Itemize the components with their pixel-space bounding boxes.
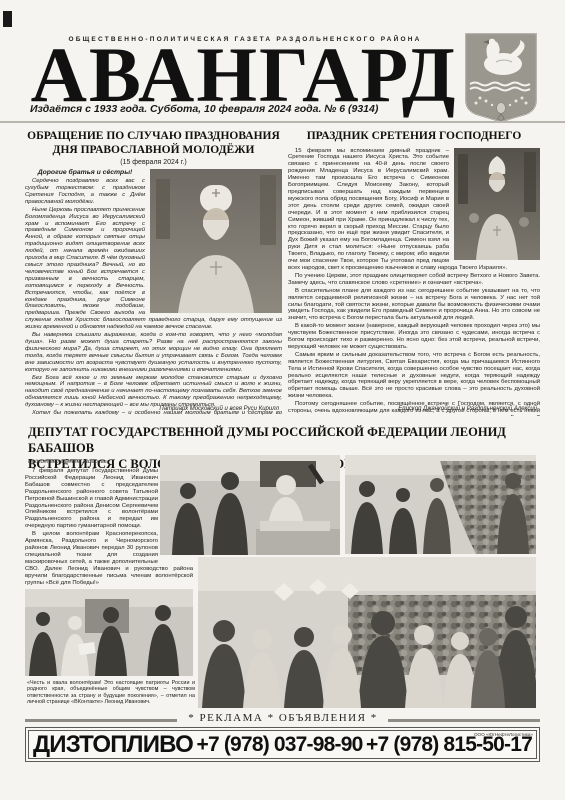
ads-band-rule-right [388, 719, 540, 722]
newspaper-page: ОБЩЕСТВЕННО-ПОЛИТИЧЕСКАЯ ГАЗЕТА РАЗДОЛЬН… [0, 0, 565, 800]
photo-caption: «Честь и хвала волонтёрам! Это настоящие… [27, 680, 195, 706]
article-patriarch-address: ОБРАЩЕНИЕ ПО СЛУЧАЮ ПРАЗДНОВАНИЯ ДНЯ ПРА… [25, 130, 282, 416]
photo-volunteers-table [160, 455, 340, 555]
photo-camo-net-workshop [345, 455, 536, 554]
print-mark [3, 11, 12, 27]
paragraph: Без Бога всё юное и по земным меркам мол… [25, 375, 282, 410]
issue-dateline: Издаётся с 1933 года. Суббота, 10 феврал… [30, 103, 378, 115]
paragraph: Вы наверняка слышали выражение, когда о … [25, 332, 282, 373]
paragraph: В спасительном плане для каждого из нас … [288, 288, 540, 323]
article-title: ПРАЗДНИК СРЕТЕНИЯ ГОСПОДНЕГО [288, 130, 540, 144]
ads-band-title: * РЕКЛАМА * ОБЪЯВЛЕНИЯ * [178, 712, 388, 724]
newspaper-title: АВАНГАРД [26, 40, 462, 110]
photo-group-volunteers [198, 557, 536, 708]
swan-emblem-icon [462, 32, 540, 122]
paragraph: Самым ярким и сильным доказательством то… [288, 352, 540, 400]
photo-award-letters [25, 589, 193, 676]
ads-band-rule-left [25, 719, 177, 722]
ad-product-name: ДИЗТОПЛИВО [33, 731, 193, 759]
fuel-ad: ООО «ЮгНефтеЛогистика» ДИЗТОПЛИВО +7 (97… [25, 727, 540, 762]
photo-patriarch [150, 169, 282, 313]
paragraph: В какой-то момент жизни (наверное, кажды… [288, 323, 540, 351]
ad-phone-1: +7 (978) 037-98-90 [196, 733, 362, 757]
paragraph: СВО. Далее Леонид Иванович и руководство… [25, 566, 193, 587]
masthead-rule [0, 121, 565, 123]
ad-company-name: ООО «ЮгНефтеЛогистика» [474, 732, 533, 737]
article-signature: Патриарх Московский и всея Руси Кирилл [159, 406, 279, 412]
paragraph: 7 февраля депутат Государственной Думы Р… [25, 468, 158, 530]
paragraph: По учению Церкви, этот праздник олицетво… [288, 273, 540, 287]
mid-article-byline: Подготовила Елена Лазарева [28, 459, 107, 465]
article-title: ОБРАЩЕНИЕ ПО СЛУЧАЮ ПРАЗДНОВАНИЯ ДНЯ ПРА… [25, 130, 282, 157]
paragraph: В целом волонтёрам Красноперекопска, Арм… [25, 531, 158, 564]
article-signature: Епископ Джанкойский и Раздольненский Але… [398, 406, 537, 412]
mid-article-text-continued: СВО. Далее Леонид Иванович и руководство… [25, 566, 193, 587]
photo-bishop [454, 148, 540, 260]
article-date: (15 февраля 2024 г.) [25, 159, 282, 166]
mid-article-text-column: 7 февраля депутат Государственной Думы Р… [25, 468, 158, 564]
coat-of-arms [462, 32, 540, 122]
article-sretenie: ПРАЗДНИК СРЕТЕНИЯ ГОСПОДНЕГО 15 февраля … [288, 130, 540, 416]
